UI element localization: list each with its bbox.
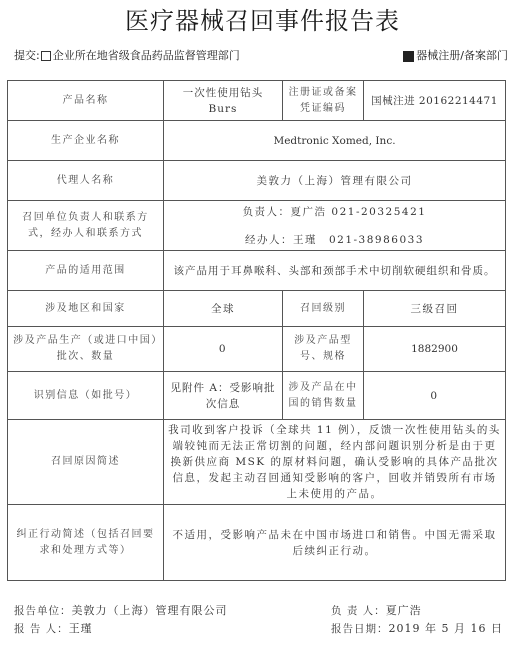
submit-option-label: 器械注册/备案部门 (416, 47, 508, 65)
row-contact: 召回单位负责人和联系方式，经办人和联系方式 负责人：夏广浩 021-203254… (8, 201, 506, 251)
registration-value: 国械注进 20162214471 (364, 81, 506, 121)
china-sales-label: 涉及产品在中国的销售数量 (283, 372, 364, 420)
reason-value: 我司收到客户投诉（全球共 11 例），反馈一次性使用钻头的头端较钝而无法正常切割… (164, 420, 506, 505)
row-batch: 涉及产品生产（或进口中国）批次、数量 0 涉及产品型号、规格 1882900 (8, 327, 506, 372)
report-date-label: 报告日期： (331, 623, 389, 635)
product-name-label: 产品名称 (8, 81, 164, 121)
contact-value: 负责人：夏广浩 021-20325421 经办人：王瑾 021-38986033 (164, 201, 506, 251)
report-unit-label: 报告单位： (14, 605, 72, 617)
row-region: 涉及地区和国家 全球 召回级别 三级召回 (8, 291, 506, 327)
recall-report-table: 产品名称 一次性使用钻头 Burs 注册证或备案凭证编码 国械注进 201622… (7, 80, 506, 581)
corrective-label: 纠正行动简述（包括召回要求和处理方式等） (8, 505, 164, 581)
submit-option-provincial: 提交: 企业所在地省级食品药品监督管理部门 (14, 47, 240, 65)
row-reason: 召回原因简述 我司收到客户投诉（全球共 11 例），反馈一次性使用钻头的头端较钝… (8, 420, 506, 505)
contact-responsible: 负责人：夏广浩 021-20325421 (168, 204, 501, 220)
responsible-label: 负 责 人： (331, 605, 386, 617)
registration-label: 注册证或备案凭证编码 (283, 81, 364, 121)
region-value: 全球 (164, 291, 283, 327)
reporter-label: 报 告 人： (14, 623, 69, 635)
checked-box-icon (403, 51, 414, 62)
agent-value: 美敦力（上海）管理有限公司 (164, 161, 506, 201)
id-value: 见附件 A：受影响批次信息 (164, 372, 283, 420)
reporter: 报 告 人：王瑾 (14, 620, 228, 638)
reason-label: 召回原因简述 (8, 420, 164, 505)
footer-right: 负 责 人：夏广浩 报告日期：2019 年 5 月 16 日 (331, 602, 503, 638)
row-identification: 识别信息（如批号） 见附件 A：受影响批次信息 涉及产品在中国的销售数量 0 (8, 372, 506, 420)
report-unit-value: 美敦力（上海）管理有限公司 (72, 604, 228, 617)
responsible-person: 负 责 人：夏广浩 (331, 602, 503, 620)
row-manufacturer: 生产企业名称 Medtronic Xomed, Inc. (8, 121, 506, 161)
document-title: 医疗器械召回事件报告表 (0, 4, 525, 38)
contact-handler: 经办人：王瑾 021-38986033 (168, 232, 501, 248)
submit-to-line: 提交: 企业所在地省级食品药品监督管理部门 器械注册/备案部门 (14, 47, 514, 65)
recall-level-value: 三级召回 (364, 291, 506, 327)
scope-label: 产品的适用范围 (8, 251, 164, 291)
model-label: 涉及产品型号、规格 (283, 327, 364, 372)
submit-option-registration-dept: 器械注册/备案部门 (402, 47, 508, 65)
china-sales-value: 0 (364, 372, 506, 420)
manufacturer-label: 生产企业名称 (8, 121, 164, 161)
batch-label: 涉及产品生产（或进口中国）批次、数量 (8, 327, 164, 372)
region-label: 涉及地区和国家 (8, 291, 164, 327)
recall-level-label: 召回级别 (283, 291, 364, 327)
row-product-name: 产品名称 一次性使用钻头 Burs 注册证或备案凭证编码 国械注进 201622… (8, 81, 506, 121)
reporter-value: 王瑾 (69, 622, 93, 635)
footer-left: 报告单位：美敦力（上海）管理有限公司 报 告 人：王瑾 (14, 602, 228, 638)
agent-label: 代理人名称 (8, 161, 164, 201)
submit-prefix: 提交: (14, 47, 40, 65)
contact-label: 召回单位负责人和联系方式，经办人和联系方式 (8, 201, 164, 251)
batch-value: 0 (164, 327, 283, 372)
report-date-value: 2019 年 5 月 16 日 (389, 622, 503, 635)
report-unit: 报告单位：美敦力（上海）管理有限公司 (14, 602, 228, 620)
report-date: 报告日期：2019 年 5 月 16 日 (331, 620, 503, 638)
manufacturer-value: Medtronic Xomed, Inc. (164, 121, 506, 161)
product-name-value: 一次性使用钻头 Burs (164, 81, 283, 121)
submit-option-label: 企业所在地省级食品药品监督管理部门 (53, 47, 240, 65)
responsible-value: 夏广浩 (386, 604, 422, 617)
id-label: 识别信息（如批号） (8, 372, 164, 420)
model-value: 1882900 (364, 327, 506, 372)
unchecked-box-icon (41, 51, 51, 61)
row-corrective: 纠正行动简述（包括召回要求和处理方式等） 不适用，受影响产品未在中国市场进口和销… (8, 505, 506, 581)
scope-value: 该产品用于耳鼻喉科、头部和颈部手术中切削软硬组织和骨质。 (164, 251, 506, 291)
row-agent: 代理人名称 美敦力（上海）管理有限公司 (8, 161, 506, 201)
corrective-value: 不适用，受影响产品未在中国市场进口和销售。中国无需采取后续纠正行动。 (164, 505, 506, 581)
row-scope: 产品的适用范围 该产品用于耳鼻喉科、头部和颈部手术中切削软硬组织和骨质。 (8, 251, 506, 291)
